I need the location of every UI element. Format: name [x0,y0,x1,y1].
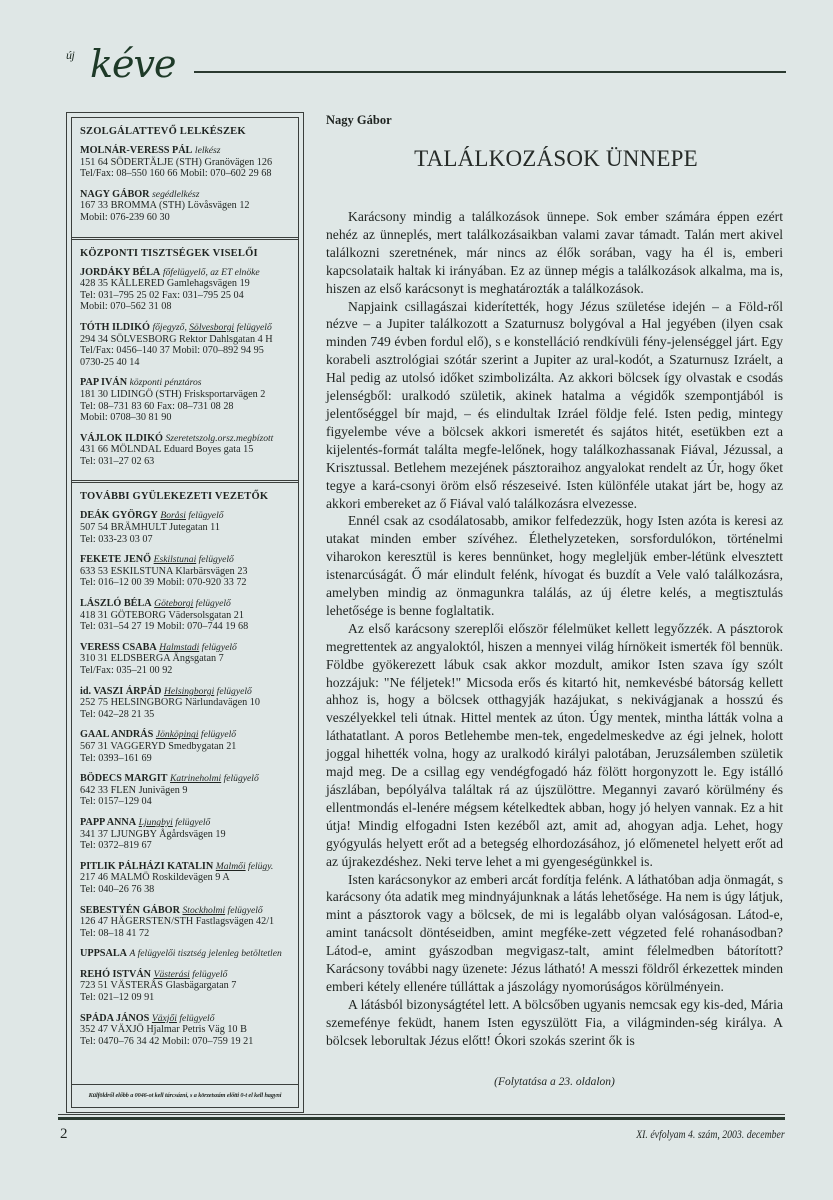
contact-role: központi pénztáros [130,377,202,388]
role-suffix: felügyelő [196,554,234,565]
role-text: segédlelkész [152,189,199,200]
contacts-box: SZOLGÁLATTEVŐ LELKÉSZEKMOLNÁR-VERESS PÁL… [71,117,299,1108]
contact-name: JORDÁKY BÉLA [80,267,160,278]
congregation-name: Växjői [152,1013,177,1024]
contact-phone: Mobil: 070–562 31 08 [80,301,291,313]
contact-name: PITLIK PÁLHÁZI KATALIN [80,861,213,872]
article-paragraph: Az első karácsony szereplői először féle… [326,620,783,871]
contact-entry: PAP IVÁN központi pénztáros181 30 LIDING… [80,377,291,423]
contact-address: 151 64 SÖDERTÄLJE (STH) Granövägen 126 [80,157,291,169]
role-text: Szeretetszolg.orsz.megbízott [165,433,273,444]
contact-phone: Tel: 016–12 00 39 Mobil: 070-920 33 72 [80,577,291,589]
contact-phone: Tel: 031–54 27 19 Mobil: 070–744 19 68 [80,621,291,633]
contact-phone: Tel: 0393–161 69 [80,753,291,765]
contact-entry: TÓTH ILDIKÓ főjegyző, Sölvesborgi felügy… [80,322,291,368]
contact-address: 310 31 ELDSBERGA Ängsgatan 7 [80,653,291,665]
contact-phone: Tel/Fax: 08–550 160 66 Mobil: 070–602 29… [80,168,291,180]
magazine-logo: kéve [90,42,175,86]
contact-role: Göteborgi felügyelő [154,598,231,609]
contact-phone: Tel: 08–18 41 72 [80,928,291,940]
contact-entry: REHÓ ISTVÁN Västerási felügyelő723 51 VÄ… [80,969,291,1004]
article-author: Nagy Gábor [326,113,392,128]
contact-entry: BÖDECS MARGIT Katrineholmi felügyelő642 … [80,773,291,808]
congregation-name: Västerási [154,969,190,980]
contact-address: 294 34 SÖLVESBORG Rektor Dahlsgatan 4 H [80,334,291,346]
contact-name: REHÓ ISTVÁN [80,969,151,980]
contact-phone: Tel: 042–28 21 35 [80,709,291,721]
contact-name: TÓTH ILDIKÓ [80,322,150,333]
role-suffix: felügyelő [214,686,252,697]
contact-role: Eskilstunai felügyelő [154,554,234,565]
congregation-name: Eskilstunai [154,554,197,565]
congregation-name: Helsingborgi [164,686,214,697]
role-suffix: felügy. [246,861,274,872]
contact-role: Växjői felügyelő [152,1013,215,1024]
contact-address: 418 31 GÖTEBORG Vädersolsgatan 21 [80,610,291,622]
contact-phone: Mobil: 076-239 60 30 [80,212,291,224]
contact-name: UPPSALA [80,948,127,959]
congregation-name: Katrineholmi [170,773,221,784]
role-text: főjegyző, [152,322,189,333]
contact-phone: Tel: 031–795 25 02 Fax: 031–795 25 04 [80,290,291,302]
contact-phone: Tel/Fax: 0456–140 37 Mobil: 070–892 94 9… [80,345,291,357]
contact-role: Helsingborgi felügyelő [164,686,252,697]
role-suffix: felügyelő [177,1013,215,1024]
congregation-name: Göteborgi [154,598,193,609]
article-title: TALÁLKOZÁSOK ÜNNEPE [326,146,786,172]
role-text: A felügyelői tisztség jelenleg betöltetl… [130,948,282,959]
contact-name: DEÁK GYÖRGY [80,510,158,521]
contact-role: Ljungbyi felügyelő [139,817,211,828]
masthead: új kéve [66,44,786,92]
role-suffix: felügyelő [199,729,237,740]
contact-entry: NAGY GÁBOR segédlelkész167 33 BROMMA (ST… [80,189,291,224]
contact-name: MOLNÁR-VERESS PÁL [80,145,192,156]
role-suffix: felügyelő [173,817,211,828]
contact-entry: UPPSALA A felügyelői tisztség jelenleg b… [80,948,291,960]
contact-entry: VERESS CSABA Halmstadi felügyelő310 31 E… [80,642,291,677]
article-body: Karácsony mindig a találkozások ünnepe. … [326,208,783,1050]
contact-role: főjegyző, Sölvesborgi felügyelő [152,322,271,333]
contact-address: 431 66 MÖLNDAL Eduard Boyes gata 15 [80,444,291,456]
contact-address: 341 37 LJUNGBY Ågårdsvägen 19 [80,829,291,841]
contact-phone: Tel: 0157–129 04 [80,796,291,808]
masthead-rule [194,71,786,73]
contact-phone: 0730-25 40 14 [80,357,291,369]
article-paragraph: Napjaink csillagászai kiderítették, hogy… [326,298,783,513]
contact-name: NAGY GÁBOR [80,189,150,200]
contact-address: 428 35 KÅLLERED Gamlehagsvägen 19 [80,278,291,290]
contact-address: 507 54 BRÄMHULT Jutegatan 11 [80,522,291,534]
contact-role: Szeretetszolg.orsz.megbízott [165,433,273,444]
contact-name: GAAL ANDRÁS [80,729,153,740]
contact-entry: JORDÁKY BÉLA főfelügyelő, az ET elnöke42… [80,267,291,313]
contact-address: 167 33 BROMMA (STH) Lövåsvägen 12 [80,200,291,212]
contact-role: Malmői felügy. [216,861,274,872]
contact-name: LÁSZLÓ BÉLA [80,598,152,609]
contact-entry: FEKETE JENŐ Eskilstunai felügyelő633 53 … [80,554,291,589]
role-suffix: felügyelő [221,773,259,784]
contact-section: SZOLGÁLATTEVŐ LELKÉSZEKMOLNÁR-VERESS PÁL… [72,118,298,240]
role-text: központi pénztáros [130,377,202,388]
contact-phone: Tel: 031–27 02 63 [80,456,291,468]
contact-address: 252 75 HELSINGBORG Närlundavägen 10 [80,697,291,709]
contact-entry: VÁJLOK ILDIKÓ Szeretetszolg.orsz.megbízo… [80,433,291,468]
contact-entry: LÁSZLÓ BÉLA Göteborgi felügyelő418 31 GÖ… [80,598,291,633]
contact-address: 633 53 ESKILSTUNA Klarbärsvägen 23 [80,566,291,578]
article-paragraph: Karácsony mindig a találkozások ünnepe. … [326,208,783,298]
role-suffix: felügyelő [190,969,228,980]
contact-address: 126 47 HÄGERSTEN/STH Fastlagsvägen 42/1 [80,916,291,928]
role-suffix: felügyelő [225,905,263,916]
congregation-name: Boråsi [160,510,186,521]
contact-phone: Mobil: 0708–30 81 90 [80,412,291,424]
contact-role: Västerási felügyelő [154,969,228,980]
role-suffix: felügyelő [199,642,237,653]
contact-phone: Tel: 08–731 83 60 Fax: 08–731 08 28 [80,401,291,413]
contact-name: VÁJLOK ILDIKÓ [80,433,163,444]
section-title: SZOLGÁLATTEVŐ LELKÉSZEK [80,126,291,137]
role-suffix: felügyelő [234,322,272,333]
role-suffix: felügyelő [193,598,231,609]
contact-address: 181 30 LIDINGÖ (STH) Frisksportarvägen 2 [80,389,291,401]
contact-address: 567 31 VAGGERYD Smedbygatan 21 [80,741,291,753]
contact-entry: SPÁDA JÁNOS Växjői felügyelő352 47 VÄXJÖ… [80,1013,291,1048]
section-title: TOVÁBBI GYÜLEKEZETI VEZETŐK [80,491,291,502]
contact-name: SEBESTYÉN GÁBOR [80,905,180,916]
contact-role: segédlelkész [152,189,199,200]
contact-role: Stockholmi felügyelő [182,905,262,916]
article-paragraph: A látásból bizonyságtétel lett. A bölcső… [326,996,783,1050]
article-paragraph: Isten karácsonykor az emberi arcát fordí… [326,871,783,996]
contact-section: KÖZPONTI TISZTSÉGEK VISELŐIJORDÁKY BÉLA … [72,240,298,484]
contact-name: SPÁDA JÁNOS [80,1013,149,1024]
contact-entry: DEÁK GYÖRGY Boråsi felügyelő507 54 BRÄMH… [80,510,291,545]
congregation-name: Sölvesborgi [189,322,234,333]
contact-entry: PITLIK PÁLHÁZI KATALIN Malmői felügy.217… [80,861,291,896]
congregation-name: Halmstadi [159,642,199,653]
role-suffix: felügyelő [186,510,224,521]
contact-section: TOVÁBBI GYÜLEKEZETI VEZETŐKDEÁK GYÖRGY B… [72,483,298,1060]
contact-address: 723 51 VÄSTERÅS Glasbägargatan 7 [80,980,291,992]
contact-address: 642 33 FLEN Junivägen 9 [80,785,291,797]
contact-name: PAPP ANNA [80,817,136,828]
issue-info: XI. évfolyam 4. szám, 2003. december [637,1129,785,1141]
contact-role: Boråsi felügyelő [160,510,223,521]
contact-address: 217 46 MALMÖ Roskildevägen 9 A [80,872,291,884]
contacts-sidebar: SZOLGÁLATTEVŐ LELKÉSZEKMOLNÁR-VERESS PÁL… [66,112,304,1113]
contact-entry: PAPP ANNA Ljungbyi felügyelő341 37 LJUNG… [80,817,291,852]
continued-note: (Folytatása a 23. oldalon) [326,1076,783,1088]
contact-entry: MOLNÁR-VERESS PÁL lelkész151 64 SÖDERTÄL… [80,145,291,180]
contact-phone: Tel: 0372–819 67 [80,840,291,852]
congregation-name: Stockholmi [182,905,225,916]
footer-rule-thick [58,1117,785,1120]
contact-name: VERESS CSABA [80,642,157,653]
contact-name: FEKETE JENŐ [80,554,151,565]
dialing-footnote: Külföldről előbb a 0046-ot kell tárcsázn… [72,1084,298,1107]
contact-role: lelkész [195,145,221,156]
masthead-prefix: új [66,48,74,63]
contact-role: Halmstadi felügyelő [159,642,237,653]
page-number: 2 [60,1126,68,1143]
contact-address: 352 47 VÄXJÖ Hjalmar Petris Väg 10 B [80,1024,291,1036]
contact-name: BÖDECS MARGIT [80,773,167,784]
contact-phone: Tel: 0470–76 34 42 Mobil: 070–759 19 21 [80,1036,291,1048]
contact-name: PAP IVÁN [80,377,127,388]
contact-role: Katrineholmi felügyelő [170,773,259,784]
contact-role: Jönköpingi felügyelő [156,729,236,740]
contact-entry: SEBESTYÉN GÁBOR Stockholmi felügyelő126 … [80,905,291,940]
contact-entry: id. VASZI ÁRPÁD Helsingborgi felügyelő25… [80,686,291,721]
contact-role: A felügyelői tisztség jelenleg betöltetl… [130,948,282,959]
section-title: KÖZPONTI TISZTSÉGEK VISELŐI [80,248,291,259]
contact-phone: Tel: 033-23 03 07 [80,534,291,546]
contact-phone: Tel: 021–12 09 91 [80,992,291,1004]
congregation-name: Ljungbyi [139,817,173,828]
congregation-name: Jönköpingi [156,729,199,740]
contact-entry: GAAL ANDRÁS Jönköpingi felügyelő567 31 V… [80,729,291,764]
contact-phone: Tel/Fax: 035–21 00 92 [80,665,291,677]
contact-role: főfelügyelő, az ET elnöke [163,267,260,278]
congregation-name: Malmői [216,861,246,872]
contact-phone: Tel: 040–26 76 38 [80,884,291,896]
article-paragraph: Ennél csak az csodálatosabb, amikor felf… [326,512,783,619]
footer-rule-thin [58,1114,785,1115]
role-text: lelkész [195,145,221,156]
role-text: főfelügyelő, az ET elnöke [163,267,260,278]
contact-name: id. VASZI ÁRPÁD [80,686,161,697]
